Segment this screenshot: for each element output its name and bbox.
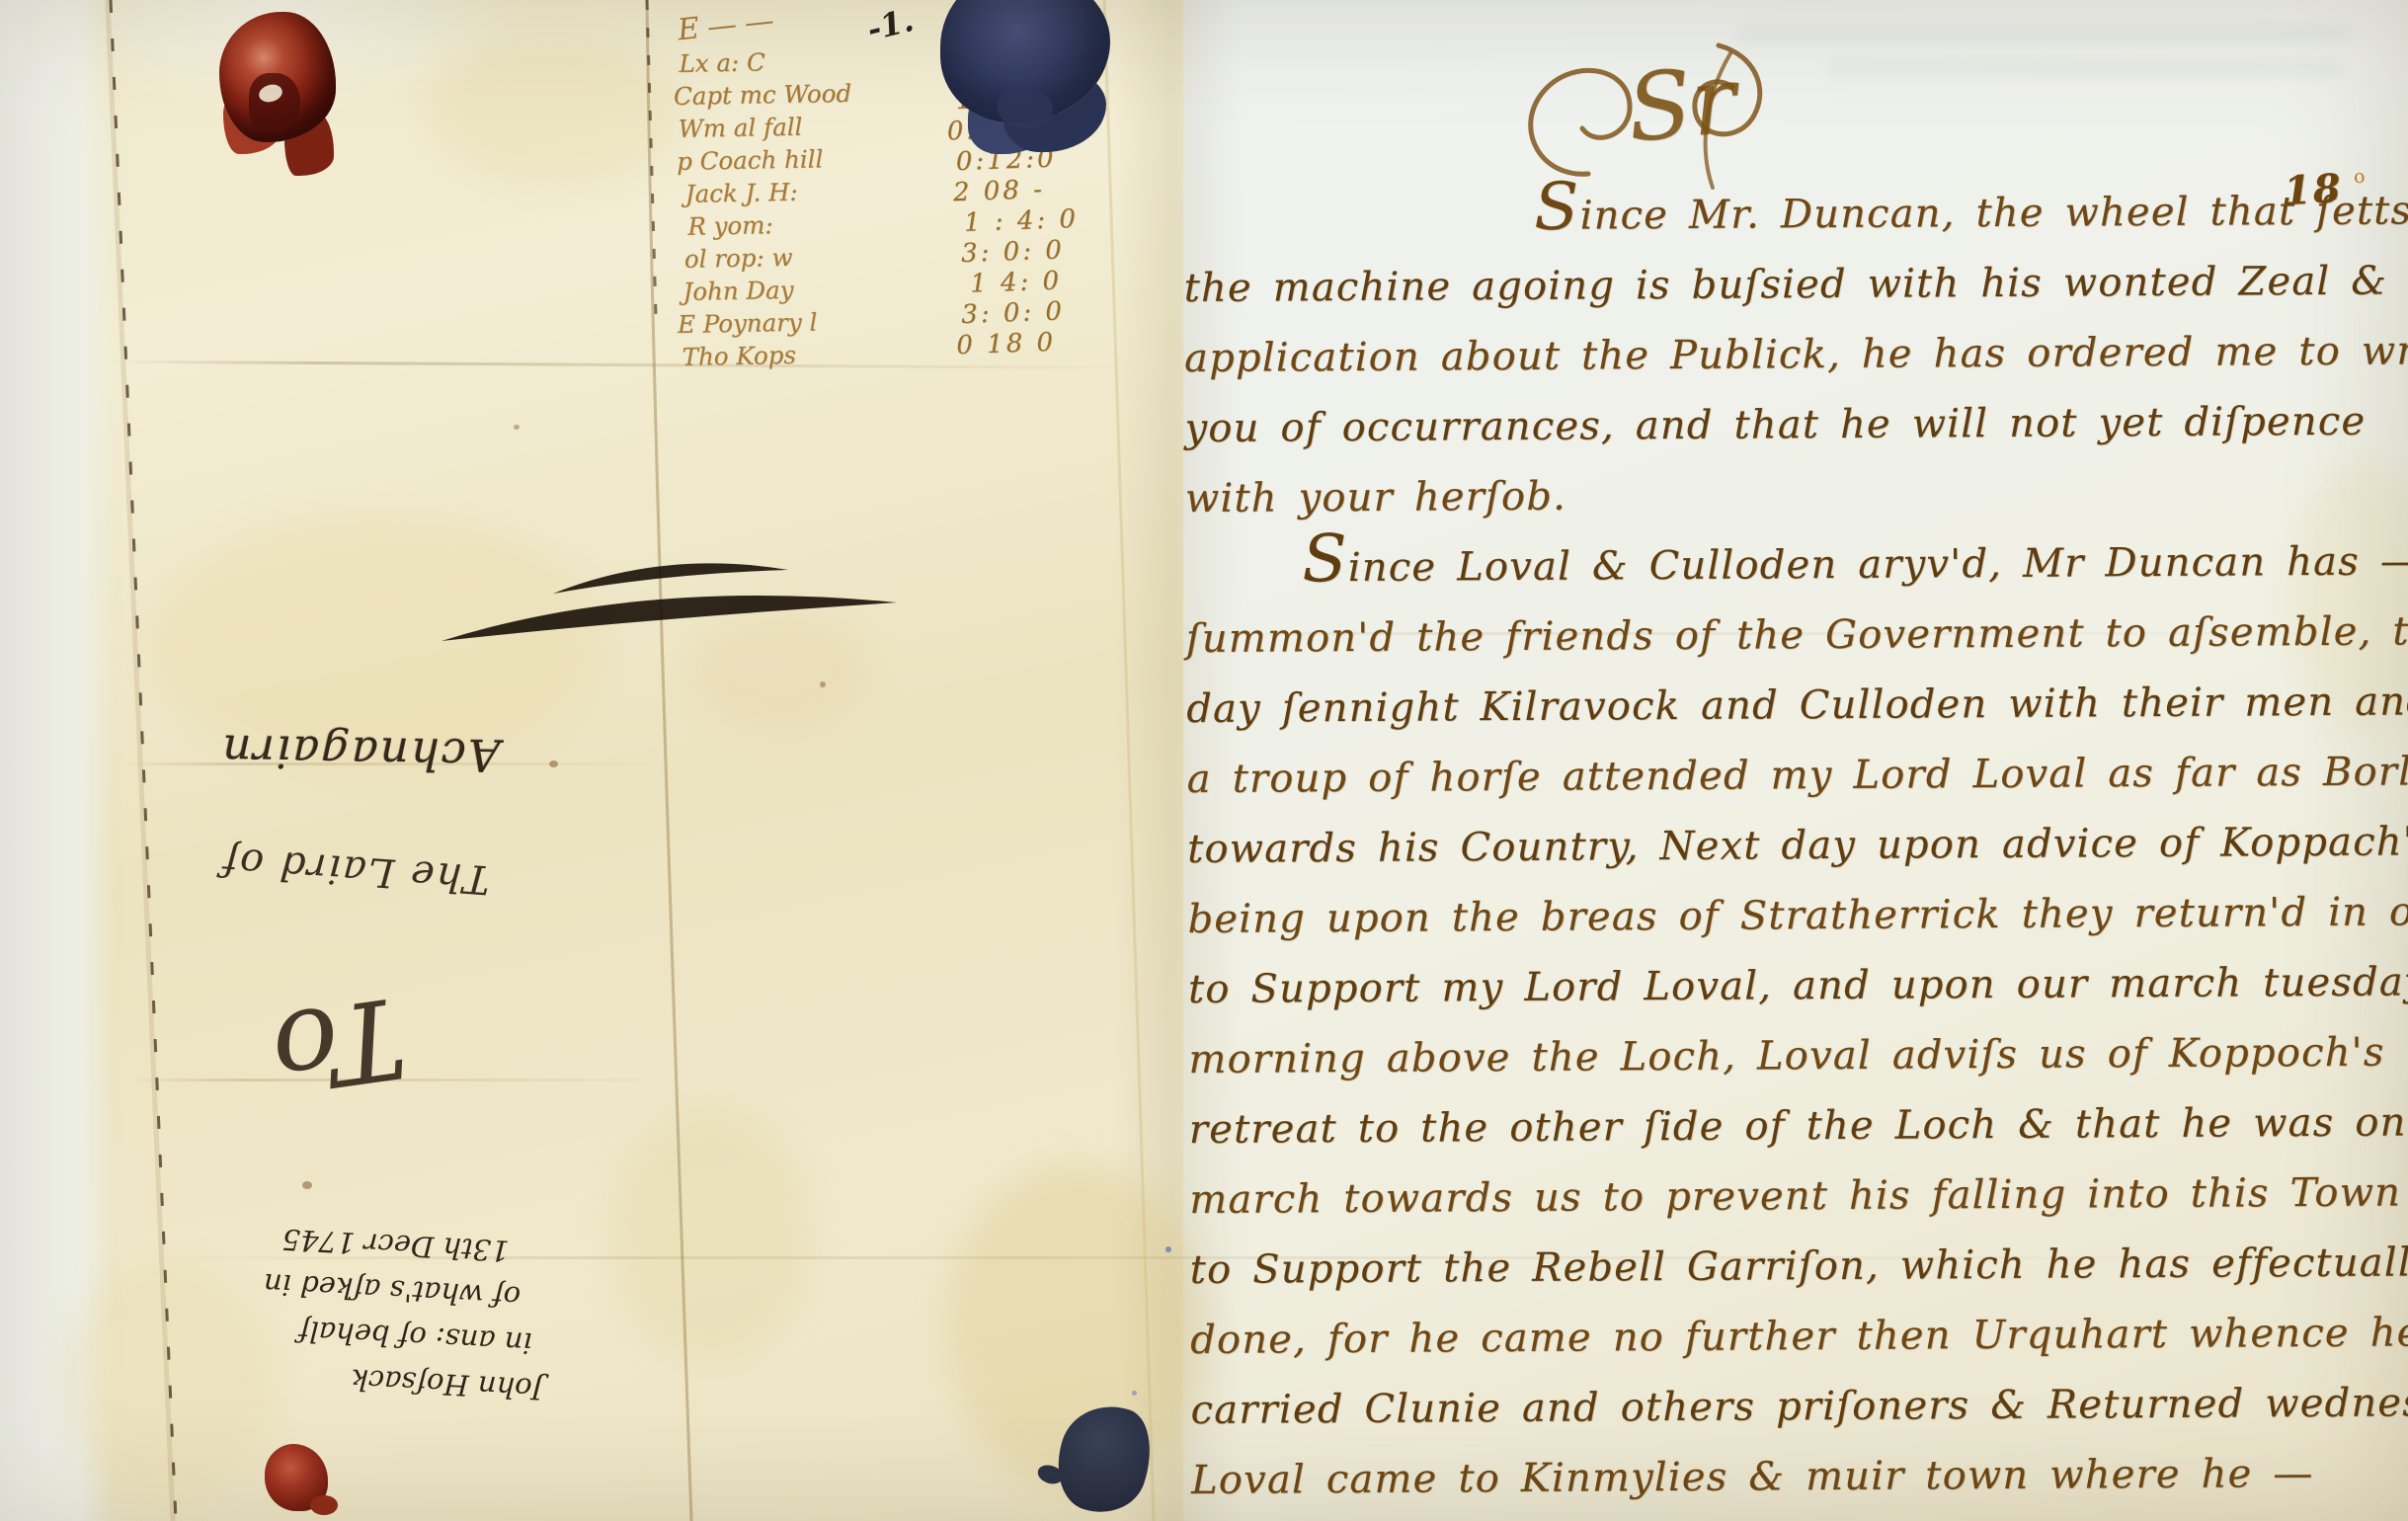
manuscript-letter-photo: E—— -1. Lx a: CCapt mc WoodWm al fallp C… xyxy=(0,0,2408,1521)
letter-line: a troup of horſe attended my Lord Loval … xyxy=(1186,737,2408,815)
address-line-to: To xyxy=(257,970,422,1118)
ledger-name: E Poynary l xyxy=(678,304,896,341)
letter-line: with your herſob. xyxy=(1185,456,2408,534)
ledger-name: Wm al fall xyxy=(678,109,892,145)
ledger-name: Jack J. H: xyxy=(684,174,893,210)
ink-speck-blue xyxy=(1165,1246,1171,1252)
foxing-spot xyxy=(549,760,558,767)
foxing-spot xyxy=(302,1181,312,1189)
letter-line: application about the Publick, he has or… xyxy=(1184,316,2408,394)
letter-line: carried Clunie and others priſoners & Re… xyxy=(1190,1368,2408,1446)
ledger-name: p Coach hill xyxy=(677,141,893,178)
letter-line: march towards us to prevent his falling … xyxy=(1189,1158,2408,1236)
ledger-name: Lx a: C xyxy=(679,43,891,80)
salutation: Sr xyxy=(1623,46,1739,163)
ledger-name: R yom: xyxy=(687,206,894,243)
stain xyxy=(425,40,682,188)
ledger-name: Tho Kops xyxy=(682,337,896,373)
docket-block: John Hoſsackin ans: of behalfof what's a… xyxy=(169,1211,553,1412)
ledger-amount: 0 18 0 xyxy=(956,325,1143,362)
ledger-name: ol rop: w xyxy=(684,239,895,276)
letter-line: Loval came to Kinmylies & muir town wher… xyxy=(1191,1438,2408,1516)
stain xyxy=(691,612,869,731)
foxing-spot xyxy=(820,681,826,687)
letter-line: day ſennight Kilravock and Culloden with… xyxy=(1186,667,2408,745)
letter-line: retreat to the other ſide of the Loch & … xyxy=(1189,1087,2408,1165)
letter-line: ſummon'd the friends of the Government t… xyxy=(1186,597,2408,675)
letter-line: to Support the Rebell Garriſon, which he… xyxy=(1190,1228,2408,1306)
letter-body: Since Mr. Duncan, the wheel that ſetts a… xyxy=(1183,176,2408,1516)
letter-line: the machine agoing is buſsied with his w… xyxy=(1183,246,2408,324)
foxing-spot xyxy=(514,425,520,430)
bleed-through-ghost xyxy=(1738,26,2351,41)
ledger-names-column: Lx a: CCapt mc WoodWm al fallp Coach hil… xyxy=(673,43,896,373)
stain xyxy=(612,1106,810,1363)
letter-line: done, for he came no further then Urquha… xyxy=(1190,1298,2408,1376)
letter-line: to Support my Lord Loval, and upon our m… xyxy=(1188,947,2408,1025)
ink-speck-blue xyxy=(1132,1391,1137,1396)
letter-line: you of occurrances, and that he will not… xyxy=(1184,386,2408,464)
letter-line: morning above the Loch, Loval adviſs us … xyxy=(1188,1017,2408,1095)
letter-line: Since Loval & Culloden aryv'd, Mr Duncan… xyxy=(1185,526,2408,604)
ledger-name: Capt mc Wood xyxy=(674,76,892,113)
letter-line: towards his Country, Next day upon advic… xyxy=(1187,807,2408,885)
ledger-name: John Day xyxy=(682,272,895,308)
wax-seal xyxy=(219,12,336,142)
letter-line: being upon the breas of Stratherrick the… xyxy=(1187,877,2408,955)
address-line-place: Achnagairn xyxy=(198,724,524,782)
bleed-through-ghost xyxy=(1827,61,2341,75)
letter-line: Since Mr. Duncan, the wheel that ſetts a… xyxy=(1183,176,2408,254)
